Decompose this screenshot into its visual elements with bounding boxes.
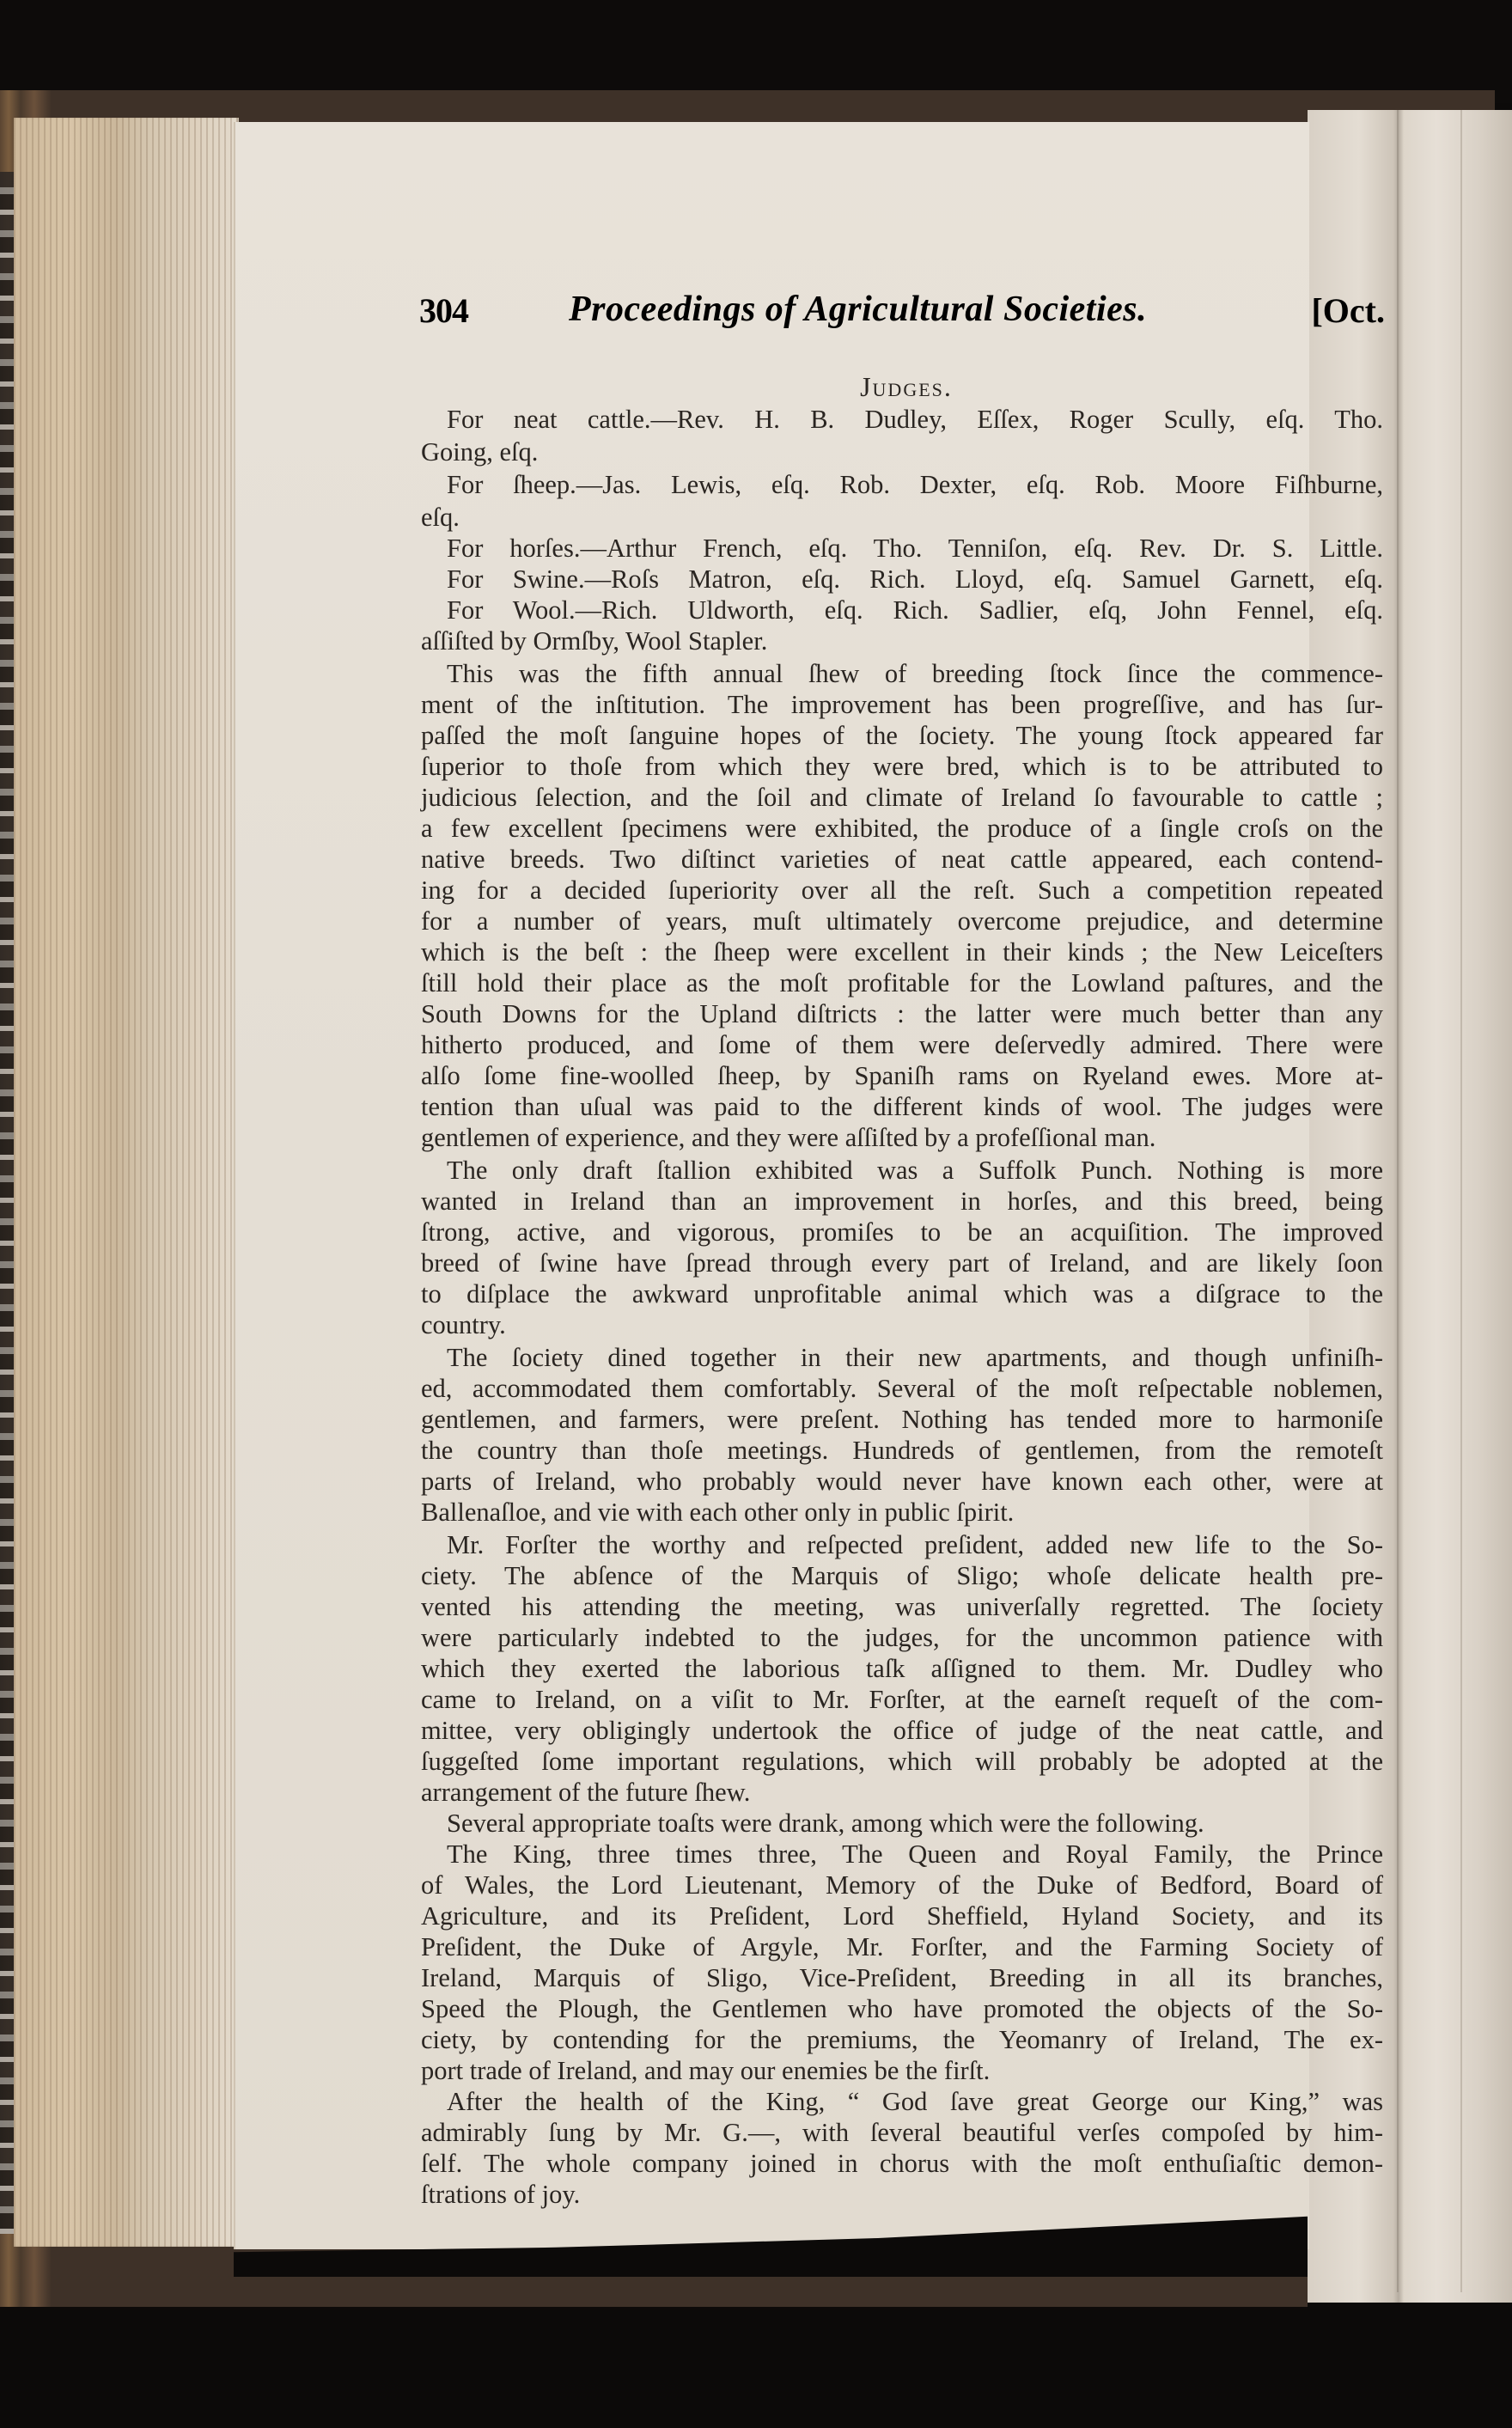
paragraph-line: Ballenaſloe, and vie with each other onl… [421, 1497, 1014, 1528]
paragraph-line: The ſociety dined together in their new … [447, 1342, 1383, 1373]
paragraph-line: Preſident, the Duke of Argyle, Mr. Forſt… [421, 1931, 1383, 1962]
month-marker: [Oct. [1311, 290, 1385, 331]
paragraph-line: vented his attending the meeting, was un… [421, 1591, 1383, 1622]
judges-wool-cont: aſſiſted by Ormſby, Wool Stapler. [421, 625, 767, 656]
judges-neat-cattle-cont: Going, eſq. [421, 436, 538, 467]
paragraph-line: The King, three times three, The Queen a… [447, 1839, 1383, 1870]
paragraph-line: were particularly indebted to the judges… [421, 1622, 1383, 1653]
section-heading: Judges. [421, 371, 1392, 402]
paragraph-line: ciety, by contending for the premiums, t… [421, 2024, 1383, 2055]
dark-backdrop [0, 0, 1512, 103]
paragraph-line: ſelf. The whole company joined in chorus… [421, 2148, 1383, 2179]
judges-sheep: For ſheep.—Jas. Lewis, eſq. Rob. Dexter,… [447, 469, 1383, 500]
judges-horses: For horſes.—Arthur French, eſq. Tho. Ten… [447, 533, 1383, 564]
paragraph-line: for a number of years, muſt ultimately o… [421, 906, 1383, 936]
paragraph-line: parts of Ireland, who probably would nev… [421, 1466, 1383, 1497]
paragraph-line: a few excellent ſpecimens were exhibited… [421, 813, 1383, 844]
paragraph-line: ed, accommodated them comfortably. Sever… [421, 1373, 1383, 1404]
paragraph-line: Speed the Plough, the Gentlemen who have… [421, 1993, 1383, 2024]
paragraph-line: ſtrong, active, and vigorous, promiſes t… [421, 1217, 1383, 1248]
judges-wool: For Wool.—Rich. Uldworth, eſq. Rich. Sad… [447, 595, 1383, 625]
paragraph-line: South Downs for the Upland diſtricts : t… [421, 998, 1383, 1029]
paragraph-line: which is the beſt : the ſheep were excel… [421, 936, 1383, 967]
paragraph-line: native breeds. Two diſtinct varieties of… [421, 844, 1383, 875]
paragraph-line: ſtill hold their place as the moſt profi… [421, 967, 1383, 998]
paragraph-line: port trade of Ireland, and may our enemi… [421, 2055, 990, 2086]
paragraph-line: judicious ſelection, and the ſoil and cl… [421, 782, 1383, 813]
paragraph-line: came to Ireland, on a viſit to Mr. Forſt… [421, 1684, 1383, 1715]
paragraph-line: The only draft ſtallion exhibited was a … [447, 1155, 1383, 1186]
running-head: 304 Proceedings of Agricultural Societie… [419, 290, 1385, 342]
paragraph-line: tention than uſual was paid to the diffe… [421, 1091, 1383, 1122]
judges-sheep-cont: eſq. [421, 502, 460, 533]
paragraph-line: alſo ſome fine-woolled ſheep, by Spaniſh… [421, 1060, 1383, 1091]
paragraph-line: country. [421, 1309, 506, 1340]
paragraph-line: ſuperior to thoſe from which they were b… [421, 751, 1383, 782]
paragraph-line: to diſplace the awkward unprofitable ani… [421, 1278, 1383, 1309]
paragraph-line: Agriculture, and its Preſident, Lord She… [421, 1900, 1383, 1931]
running-title: Proceedings of Agricultural Societies. [569, 289, 1147, 330]
page-number: 304 [419, 290, 468, 331]
judges-swine: For Swine.—Roſs Matron, eſq. Rich. Lloyd… [447, 564, 1383, 595]
paragraph-line: gentlemen, and farmers, were preſent. No… [421, 1404, 1383, 1435]
paragraph-line: admirably ſung by Mr. G.—, with ſeveral … [421, 2117, 1383, 2148]
paragraph-line: breed of ſwine have ſpread through every… [421, 1248, 1383, 1278]
paragraph-line: This was the fifth annual ſhew of breedi… [447, 658, 1383, 689]
marbled-board [0, 172, 14, 2234]
paragraph-line: ſuggeſted ſome important regulations, wh… [421, 1746, 1383, 1777]
page-stack-edges [14, 118, 239, 2247]
paragraph-line: Several appropriate toaſts were drank, a… [447, 1808, 1383, 1839]
paragraph-line: paſſed the moſt ſanguine hopes of the ſo… [421, 720, 1383, 751]
paragraph-line: Ireland, Marquis of Sligo, Vice-Preſiden… [421, 1962, 1383, 1993]
gutter-fold-line [1397, 110, 1399, 2292]
paragraph-line: ciety. The abſence of the Marquis of Sli… [421, 1560, 1383, 1591]
paragraph-line: wanted in Ireland than an improvement in… [421, 1186, 1383, 1217]
paragraph-line: mittee, very obligingly undertook the of… [421, 1715, 1383, 1746]
paragraph-line: ſtrations of joy. [421, 2179, 580, 2210]
judges-neat-cattle: For neat cattle.—Rev. H. B. Dudley, Eſſe… [447, 404, 1383, 435]
paragraph-line: arrangement of the future ſhew. [421, 1777, 750, 1808]
paragraph-line: Mr. Forſter the worthy and reſpected pre… [447, 1529, 1383, 1560]
gutter-fold-line [1460, 110, 1462, 2292]
paragraph-line: the country than thoſe meetings. Hundred… [421, 1435, 1383, 1466]
paragraph-line: ment of the inſtitution. The improvement… [421, 689, 1383, 720]
paragraph-line: of Wales, the Lord Lieutenant, Memory of… [421, 1870, 1383, 1900]
paragraph-line: After the health of the King, “ God ſave… [447, 2086, 1383, 2117]
paragraph-line: gentlemen of experience, and they were a… [421, 1122, 1155, 1153]
paragraph-line: ing for a decided ſuperiority over all t… [421, 875, 1383, 906]
paragraph-line: which they exerted the laborious taſk aſ… [421, 1653, 1383, 1684]
paragraph-line: hitherto produced, and ſome of them were… [421, 1029, 1383, 1060]
dark-backdrop-corner [1308, 2303, 1512, 2428]
